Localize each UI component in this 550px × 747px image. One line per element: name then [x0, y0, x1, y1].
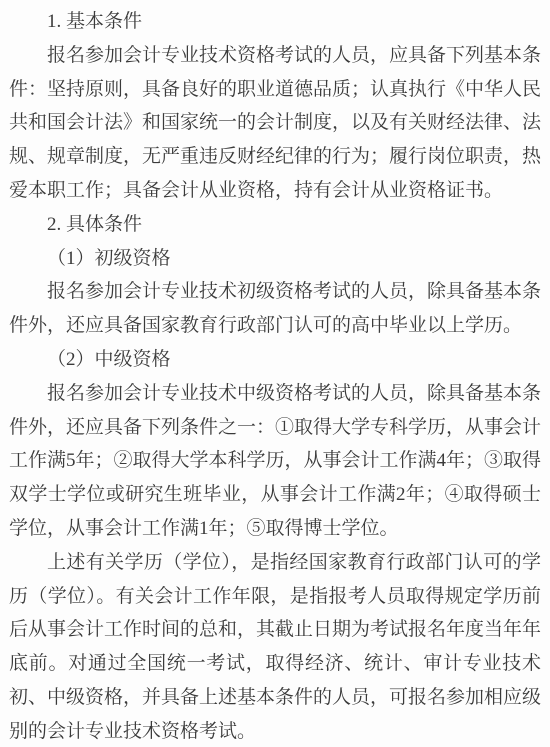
section-heading-basic-conditions: 1. 基本条件 [9, 5, 541, 39]
paragraph-basic-conditions-body: 报名参加会计专业技术资格考试的人员，应具备下列基本条件：坚持原则，具备良好的职业… [9, 39, 541, 208]
subheading-junior-qualification: （1）初级资格 [9, 242, 541, 276]
section-heading-specific-conditions: 2. 具体条件 [9, 208, 541, 242]
subheading-intermediate-qualification: （2）中级资格 [9, 343, 541, 377]
document-page: 1. 基本条件 报名参加会计专业技术资格考试的人员，应具备下列基本条件：坚持原则… [0, 0, 550, 747]
paragraph-degree-and-work-years-note: 上述有关学历（学位），是指经国家教育行政部门认可的学历（学位）。有关会计工作年限… [9, 546, 541, 747]
paragraph-intermediate-qualification-body: 报名参加会计专业技术中级资格考试的人员，除具备基本条件外，还应具备下列条件之一：… [9, 377, 541, 546]
paragraph-junior-qualification-body: 报名参加会计专业技术初级资格考试的人员，除具备基本条件外，还应具备国家教育行政部… [9, 275, 541, 343]
